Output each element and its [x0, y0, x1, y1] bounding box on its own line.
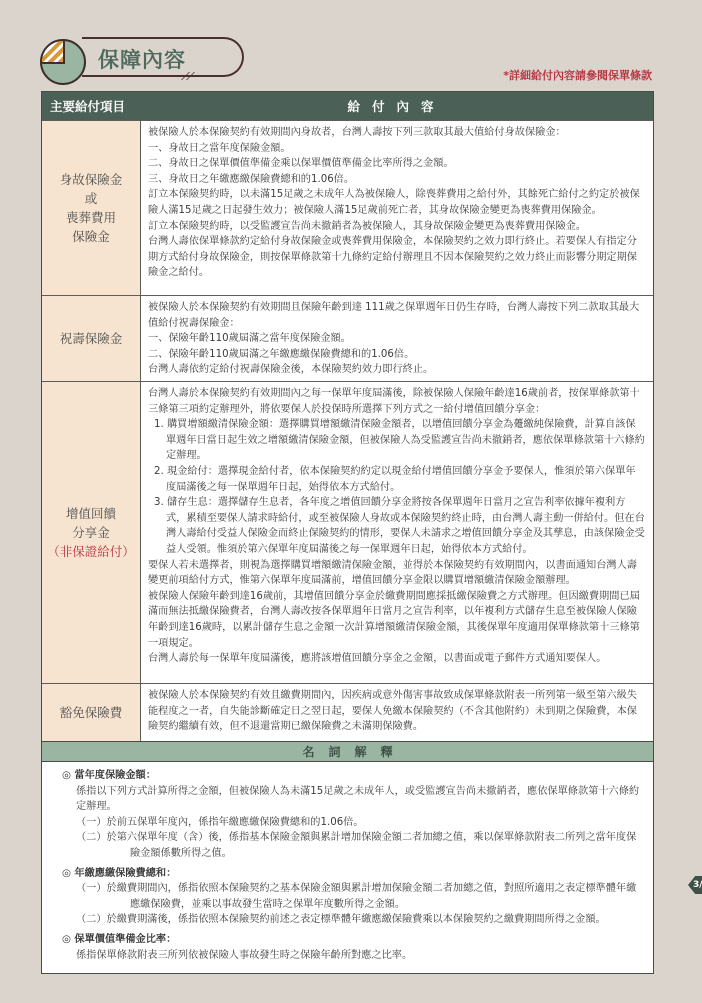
- content-paragraph: 一、身故日之當年度保險金額。: [148, 141, 645, 157]
- glossary-term: ◎ 年繳應繳保險費總和：: [62, 866, 643, 882]
- coverage-table: 主要給付項目 給付內容 身故保險金 或 喪葬費用 保險金 被保險人於本保險契約有…: [41, 91, 654, 974]
- row-label: 增值回饋 分享金 （非保證給付）: [42, 382, 141, 683]
- content-paragraph: 被保險人於本保險契約有效期間且保險年齡到達 111歲之保單週年日仍生存時，台灣人…: [148, 300, 645, 331]
- detail-note: *詳細給付內容請參閱保單條款: [503, 67, 652, 83]
- row-label-line: 保險金: [72, 227, 110, 246]
- glossary-sub-item: （二）於繳費期滿後，係指依照本保險契約前述之表定標準體年繳應繳保險費乘以本保險契…: [62, 912, 643, 928]
- glossary-definition: 係指保單條款附表三所列依被保險人事故發生時之保險年齡所對應之比率。: [62, 948, 643, 964]
- content-paragraph: 一、保險年齡110歲屆滿之當年度保險金額。: [148, 331, 645, 347]
- glossary-definition: 係指以下列方式計算所得之金額，但被保險人為未滿15足歲之未成年人，或受監護宣告尚…: [62, 784, 643, 815]
- page-title: 保障內容: [98, 44, 186, 74]
- content-paragraph: 台灣人壽依約定給付祝壽保險金後，本保險契約效力即行終止。: [148, 362, 645, 378]
- page-header: 保障內容 *詳細給付內容請參閱保單條款: [0, 0, 702, 90]
- glossary-item: ◎ 當年度保險金額： 係指以下列方式計算所得之金額，但被保險人為未滿15足歲之未…: [62, 768, 643, 862]
- table-row-longevity-benefit: 祝壽保險金 被保險人於本保險契約有效期間且保險年齡到達 111歲之保單週年日仍生…: [42, 295, 653, 381]
- content-paragraph: 三、身故日之年繳應繳保險費總和的1.06倍。: [148, 172, 645, 188]
- table-row-bonus: 增值回饋 分享金 （非保證給付） 台灣人壽於本保險契約有效期間內之每一保單年度屆…: [42, 381, 653, 683]
- glossary-sub-item: （二）於第六保單年度（含）後，係指基本保險金額與累計增加保險金額二者加總之值，乘…: [62, 830, 643, 861]
- content-paragraph: 被保險人於本保險契約有效且繳費期間內，因疾病或意外傷害事故致成保單條款附表一所列…: [148, 688, 645, 735]
- content-paragraph: 二、身故日之保單價值準備金乘以保單價值準備金比率所得之金額。: [148, 156, 645, 172]
- row-content: 台灣人壽於本保險契約有效期間內之每一保單年度屆滿後，除被保險人保險年齡達16歲前…: [141, 382, 653, 683]
- option-item: 2. 現金給付：選擇現金給付者，依本保險契約約定以現金給付增值回饋分享金予要保人…: [148, 464, 645, 495]
- content-paragraph: 被保險人保險年齡到達16歲前，其增值回饋分享金於繳費期間應採抵繳保險費之方式辦理…: [148, 589, 645, 651]
- page-number-tab: 3/: [688, 876, 702, 894]
- content-paragraph: 二、保險年齡110歲屆滿之年繳應繳保險費總和的1.06倍。: [148, 347, 645, 363]
- col-header-content: 給付內容: [140, 92, 653, 120]
- row-label: 祝壽保險金: [42, 296, 141, 381]
- glossary-term: ◎ 當年度保險金額：: [62, 768, 643, 784]
- glossary-body: ◎ 當年度保險金額： 係指以下列方式計算所得之金額，但被保險人為未滿15足歲之未…: [42, 762, 653, 973]
- table-row-death-benefit: 身故保險金 或 喪葬費用 保險金 被保險人於本保險契約有效期間內身故者，台灣人壽…: [42, 120, 653, 295]
- row-label-line: 祝壽保險金: [60, 329, 123, 348]
- non-guaranteed-note: （非保證給付）: [47, 542, 135, 561]
- glossary-sub-item: （一）於前五保單年度內，係指年繳應繳保險費總和的1.06倍。: [62, 815, 643, 831]
- content-paragraph: 訂立本保險契約時，以未滿15足歲之未成年人為被保險人，除喪葬費用之給付外，其餘死…: [148, 187, 645, 218]
- row-label-line: 豁免保險費: [60, 703, 123, 722]
- glossary-item: ◎ 保單價值準備金比率： 係指保單條款附表三所列依被保險人事故發生時之保險年齡所…: [62, 932, 643, 963]
- row-content: 被保險人於本保險契約有效期間內身故者，台灣人壽按下列三款取其最大值給付身故保險金…: [141, 121, 653, 295]
- row-content: 被保險人於本保險契約有效期間且保險年齡到達 111歲之保單週年日仍生存時，台灣人…: [141, 296, 653, 381]
- glossary-term: ◎ 保單價值準備金比率：: [62, 932, 643, 948]
- option-item: 1. 購買增額繳清保險金額：選擇購買增額繳清保險金額者，以增值回饋分享金為躉繳純…: [148, 417, 645, 464]
- col-header-item: 主要給付項目: [42, 92, 140, 120]
- option-item: 3. 儲存生息：選擇儲存生息者，各年度之增值回饋分享金將按各保單週年日當月之宣告…: [148, 495, 645, 557]
- pie-logo-icon: [40, 39, 86, 85]
- table-row-premium-waiver: 豁免保險費 被保險人於本保險契約有效且繳費期間內，因疾病或意外傷害事故致成保單條…: [42, 683, 653, 741]
- row-label-line: 喪葬費用: [66, 208, 116, 227]
- row-label-line: 或: [85, 189, 98, 208]
- content-paragraph: 被保險人於本保險契約有效期間內身故者，台灣人壽按下列三款取其最大值給付身故保險金…: [148, 125, 645, 141]
- content-paragraph: 台灣人壽依保單條款約定給付身故保險金或喪葬費用保險金，本保險契約之效力即行終止。…: [148, 234, 645, 281]
- glossary-sub-item: （一）於繳費期間內，係指依照本保險契約之基本保險金額與累計增加保險金額二者加總之…: [62, 881, 643, 912]
- content-paragraph: 台灣人壽於本保險契約有效期間內之每一保單年度屆滿後，除被保險人保險年齡達16歲前…: [148, 386, 645, 417]
- table-header: 主要給付項目 給付內容: [42, 92, 653, 120]
- content-paragraph: 台灣人壽於每一保單年度屆滿後，應將該增值回饋分享金之金額，以書面或電子郵件方式通…: [148, 651, 645, 667]
- row-label-line: 增值回饋: [66, 504, 116, 523]
- row-content: 被保險人於本保險契約有效且繳費期間內，因疾病或意外傷害事故致成保單條款附表一所列…: [141, 684, 653, 741]
- glossary-title: 名詞解釋: [42, 741, 653, 762]
- row-label-line: 分享金: [72, 523, 110, 542]
- row-label: 豁免保險費: [42, 684, 141, 741]
- content-paragraph: 訂立本保險契約時，以受監護宣告尚未撤銷者為被保險人，其身故保險金變更為喪葬費用保…: [148, 219, 645, 235]
- row-label-line: 身故保險金: [60, 170, 123, 189]
- row-label: 身故保險金 或 喪葬費用 保險金: [42, 121, 141, 295]
- content-paragraph: 要保人若未選擇者，則視為選擇購買增額繳清保險金額，並得於本保險契約有效期間內，以…: [148, 558, 645, 589]
- glossary-item: ◎ 年繳應繳保險費總和： （一）於繳費期間內，係指依照本保險契約之基本保險金額與…: [62, 866, 643, 928]
